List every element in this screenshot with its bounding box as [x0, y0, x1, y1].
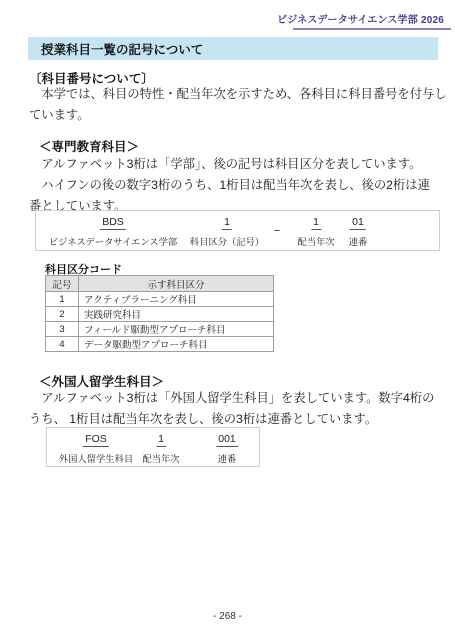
- specialized-code-box: BDS ビジネスデータサイエンス学部 1 科目区分（記号） − 1 配当年次 0…: [35, 210, 440, 251]
- program-code-label: 外国人留学生科目: [59, 451, 133, 465]
- specialized-section-heading: ＜専門教育科目＞: [39, 137, 139, 155]
- division-code-table: 記号 示す科目区分 1 アクティブラーニング科目 2 実践研究科目 3 フィール…: [45, 275, 274, 352]
- serial-code: 001: [216, 433, 238, 447]
- faculty-code-label: ビジネスデータサイエンス学部: [49, 234, 177, 248]
- symbol-cell: 1: [46, 292, 79, 307]
- year-code: 1: [142, 433, 179, 447]
- symbol-cell: 2: [46, 307, 79, 322]
- year-code-label: 配当年次: [297, 234, 334, 248]
- description-cell: フィールド駆動型アプローチ科目: [79, 322, 274, 337]
- table-row: 3 フィールド駆動型アプローチ科目: [46, 322, 274, 337]
- division-code-label: 科目区分（記号）: [190, 234, 264, 248]
- faculty-header: ビジネスデータサイエンス学部 2026: [277, 11, 444, 26]
- paragraph-line: ハイフンの後の数字3桁のうち、1桁目は配当年次を表し、後の2桁は連: [29, 175, 443, 196]
- table-header-row: 記号 示す科目区分: [46, 276, 274, 292]
- serial-code-label: 連番: [216, 451, 238, 465]
- description-cell: データ駆動型アプローチ科目: [79, 337, 274, 352]
- description-cell: アクティブラーニング科目: [79, 292, 274, 307]
- division-code: 1: [190, 216, 264, 230]
- serial-code-label: 連番: [349, 234, 368, 248]
- international-code-box: FOS 外国人留学生科目 1 配当年次 001 連番: [46, 427, 260, 467]
- paragraph-line: アルファベット3桁は「外国人留学生科目」を表しています。数字4桁の: [29, 388, 443, 409]
- code-column-program: FOS 外国人留学生科目: [59, 433, 133, 465]
- serial-code: 01: [349, 216, 368, 230]
- paragraph-line: 本学では、科目の特性・配当年次を示すため、各科目に科目番号を付与し: [29, 84, 443, 105]
- column-header-symbol: 記号: [46, 276, 79, 292]
- column-header-description: 示す科目区分: [79, 276, 274, 292]
- year-code-label: 配当年次: [142, 451, 179, 465]
- paragraph-line: アルファベット3桁は「学部」、後の記号は科目区分を表しています。: [29, 154, 443, 175]
- code-column-serial: 001 連番: [216, 433, 238, 465]
- hyphen-separator: −: [274, 225, 280, 237]
- description-cell: 実践研究科目: [79, 307, 274, 322]
- year-code: 1: [297, 216, 334, 230]
- table-row: 2 実践研究科目: [46, 307, 274, 322]
- faculty-header-rule: [293, 28, 451, 30]
- document-page: ビジネスデータサイエンス学部 2026 授業科目一覧の記号について 〔科目番号に…: [0, 0, 455, 644]
- page-title-bar: 授業科目一覧の記号について: [28, 37, 438, 60]
- faculty-code: BDS: [49, 216, 177, 230]
- symbol-cell: 4: [46, 337, 79, 352]
- table-row: 4 データ駆動型アプローチ科目: [46, 337, 274, 352]
- numbering-paragraph: 本学では、科目の特性・配当年次を示すため、各科目に科目番号を付与し ています。: [29, 84, 443, 126]
- page-title: 授業科目一覧の記号について: [41, 40, 203, 58]
- paragraph-line: ています。: [29, 105, 443, 126]
- symbol-cell: 3: [46, 322, 79, 337]
- international-paragraph: アルファベット3桁は「外国人留学生科目」を表しています。数字4桁の うち、 1桁…: [29, 388, 443, 430]
- code-column-faculty: BDS ビジネスデータサイエンス学部: [49, 216, 177, 248]
- code-column-serial: 01 連番: [349, 216, 368, 248]
- page-number: - 268 -: [0, 611, 455, 622]
- program-code: FOS: [59, 433, 133, 447]
- code-column-year: 1 配当年次: [142, 433, 179, 465]
- code-column-year: 1 配当年次: [297, 216, 334, 248]
- table-row: 1 アクティブラーニング科目: [46, 292, 274, 307]
- code-column-division: 1 科目区分（記号）: [190, 216, 264, 248]
- specialized-paragraph: アルファベット3桁は「学部」、後の記号は科目区分を表しています。 ハイフンの後の…: [29, 154, 443, 217]
